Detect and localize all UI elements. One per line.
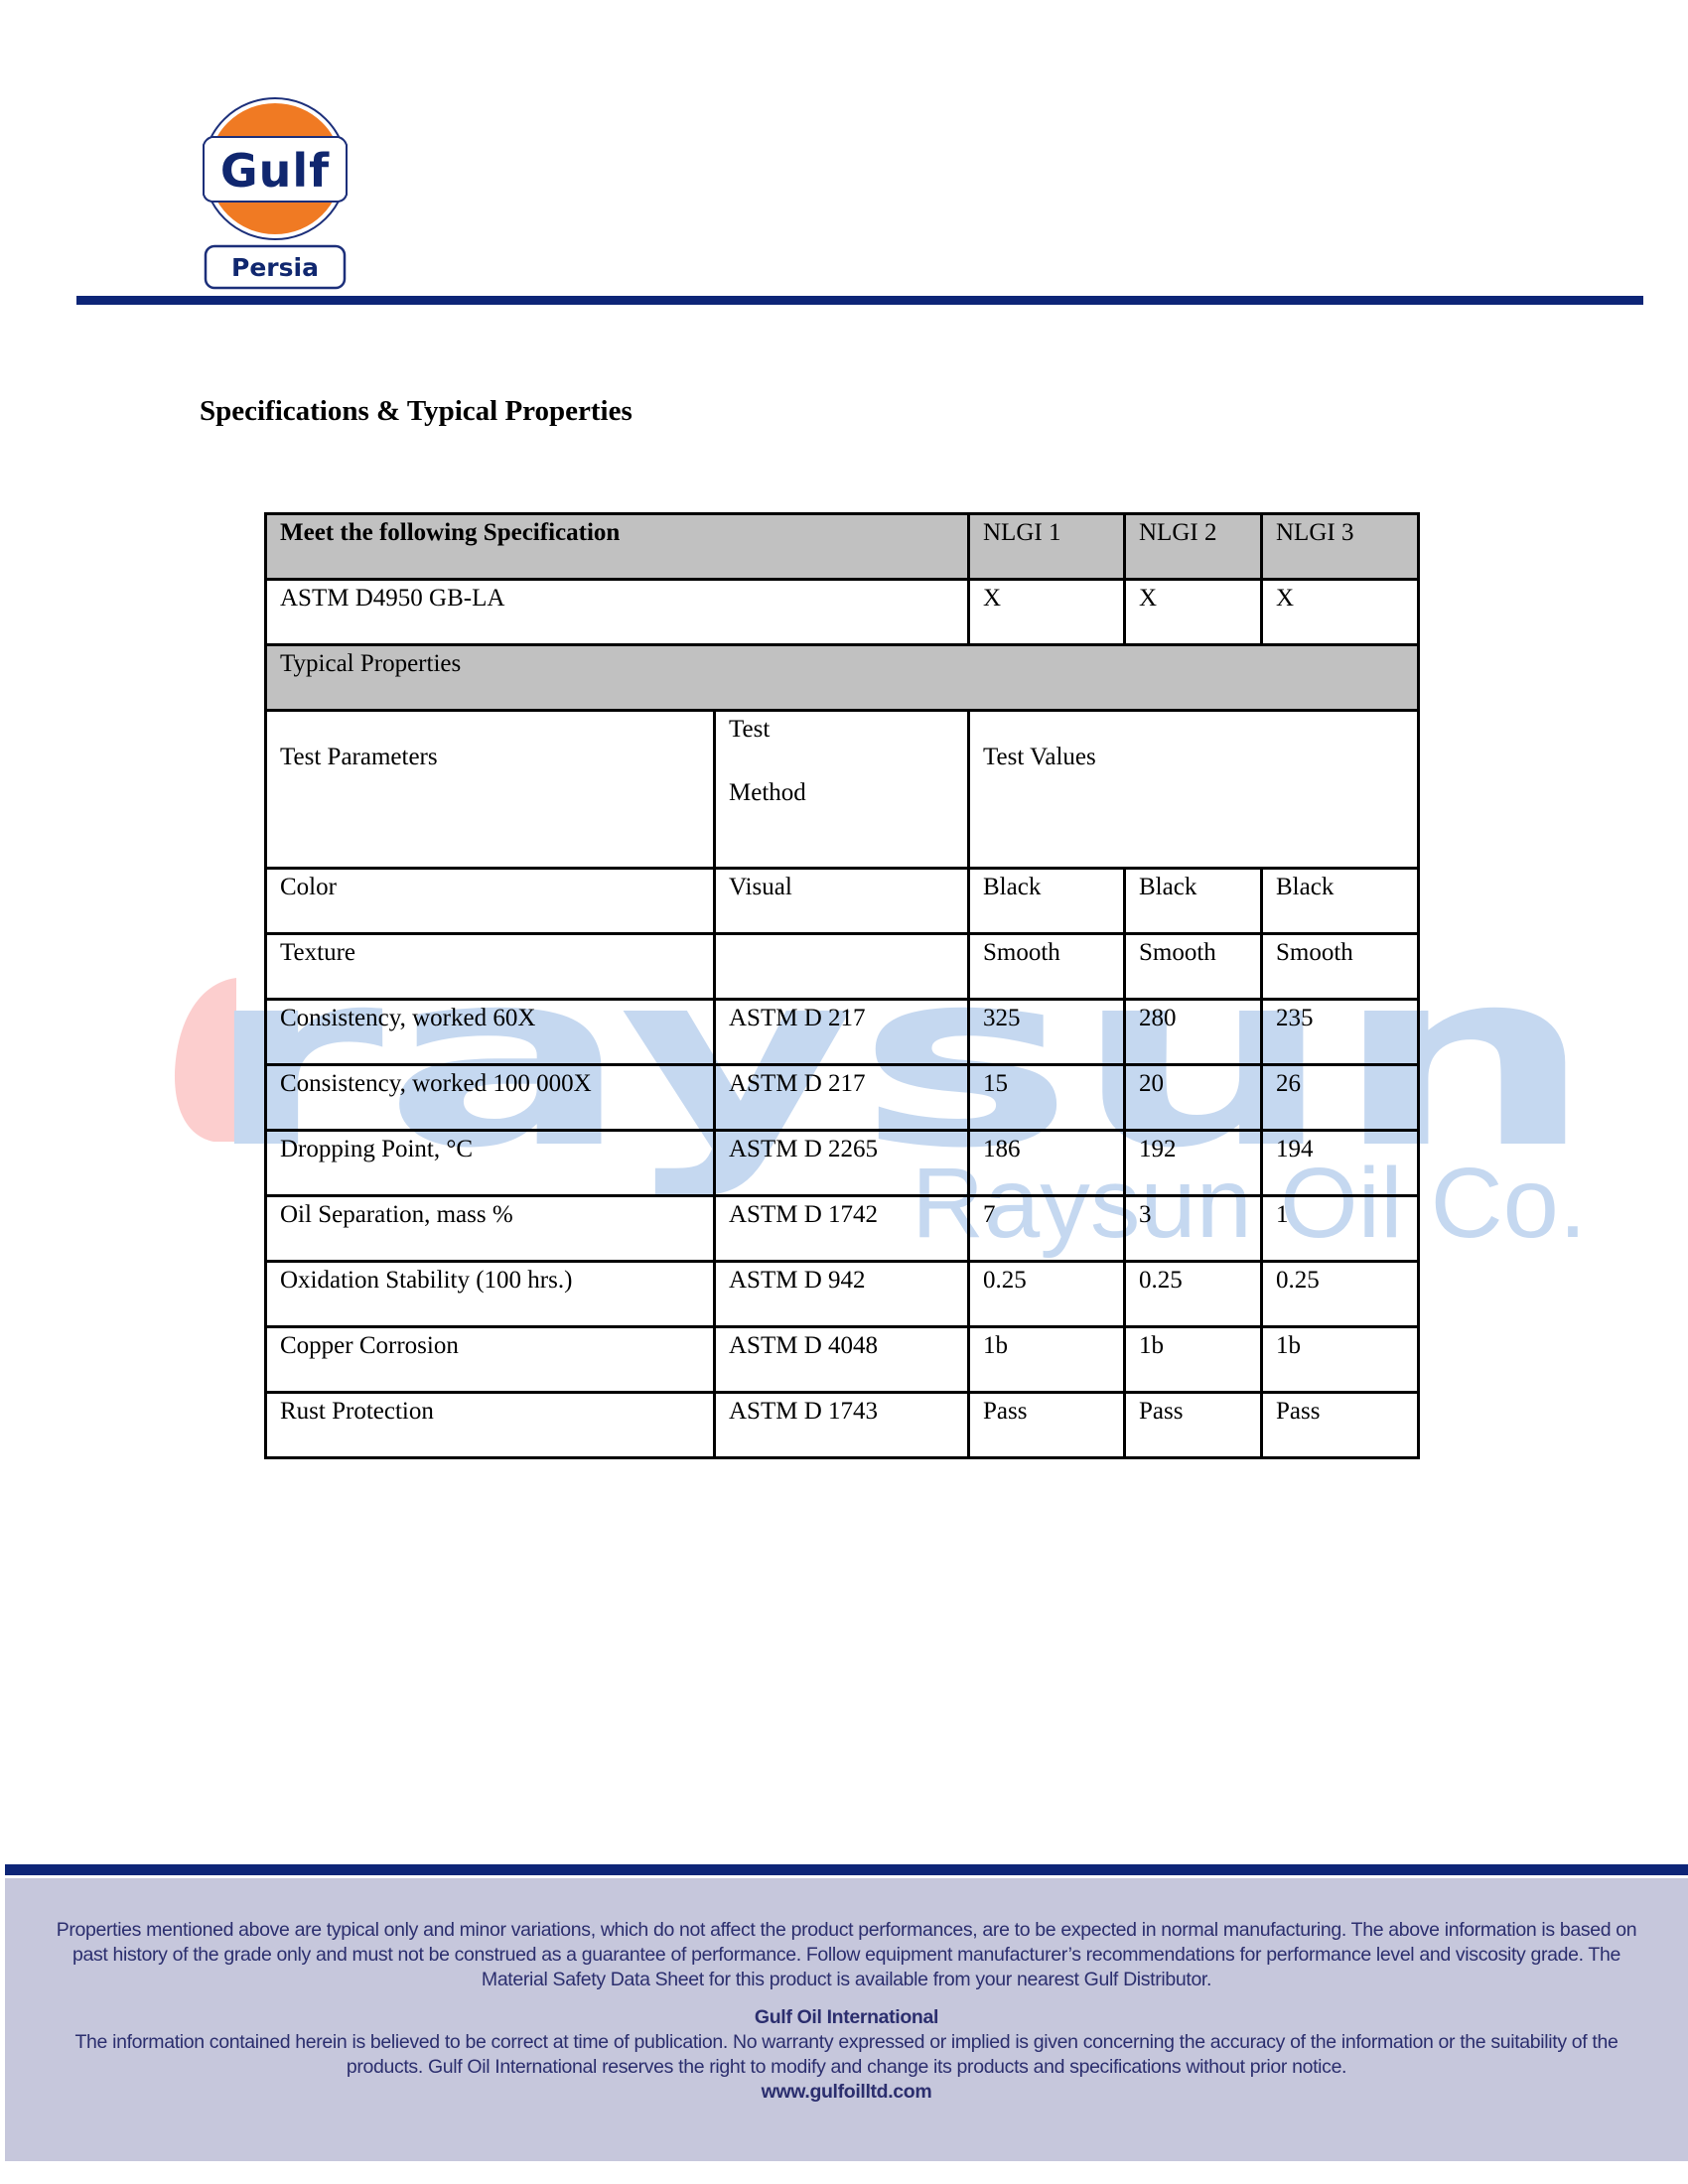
- property-method: ASTM D 217: [715, 1000, 969, 1065]
- logo-persia-text: Persia: [231, 253, 319, 282]
- test-method-header: Test Method: [715, 711, 969, 869]
- property-row: Copper CorrosionASTM D 40481b1b1b: [266, 1327, 1419, 1393]
- property-name: Copper Corrosion: [266, 1327, 715, 1393]
- property-value-nlgi2: 280: [1125, 1000, 1262, 1065]
- property-value-nlgi3: 1: [1262, 1196, 1419, 1262]
- page-title: Specifications & Typical Properties: [200, 395, 633, 428]
- footer-website-link[interactable]: www.gulfoilltd.com: [5, 2080, 1688, 2105]
- property-value-nlgi3: Pass: [1262, 1393, 1419, 1458]
- property-row: Consistency, worked 100 000XASTM D 21715…: [266, 1065, 1419, 1131]
- property-name: Oil Separation, mass %: [266, 1196, 715, 1262]
- property-value-nlgi3: 1b: [1262, 1327, 1419, 1393]
- grade-header: NLGI 2: [1125, 514, 1262, 580]
- spec-row: ASTM D4950 GB-LA X X X: [266, 580, 1419, 645]
- footer-notice: The information contained herein is beli…: [65, 2030, 1628, 2080]
- property-method: ASTM D 2265: [715, 1131, 969, 1196]
- test-parameters-header: Test Parameters: [266, 711, 715, 869]
- property-row: Consistency, worked 60XASTM D 2173252802…: [266, 1000, 1419, 1065]
- grade-header: NLGI 3: [1262, 514, 1419, 580]
- property-value-nlgi1: 325: [969, 1000, 1125, 1065]
- property-value-nlgi1: 0.25: [969, 1262, 1125, 1327]
- property-method: ASTM D 1743: [715, 1393, 969, 1458]
- property-value-nlgi3: 194: [1262, 1131, 1419, 1196]
- property-name: Consistency, worked 100 000X: [266, 1065, 715, 1131]
- test-method-header-line1: Test: [729, 716, 954, 744]
- property-value-nlgi1: 1b: [969, 1327, 1125, 1393]
- test-values-header: Test Values: [969, 711, 1419, 869]
- property-name: Consistency, worked 60X: [266, 1000, 715, 1065]
- property-name: Oxidation Stability (100 hrs.): [266, 1262, 715, 1327]
- typical-properties-row: Typical Properties: [266, 645, 1419, 711]
- specifications-table: Meet the following Specification NLGI 1 …: [264, 512, 1420, 1459]
- property-value-nlgi2: 192: [1125, 1131, 1262, 1196]
- column-header-row: Test Parameters Test Method Test Values: [266, 711, 1419, 869]
- property-value-nlgi1: Black: [969, 869, 1125, 934]
- header-rule: [76, 296, 1643, 305]
- property-value-nlgi1: 15: [969, 1065, 1125, 1131]
- property-value-nlgi2: Pass: [1125, 1393, 1262, 1458]
- spec-mark: X: [1262, 580, 1419, 645]
- footer: Properties mentioned above are typical o…: [5, 1878, 1688, 2161]
- spec-mark: X: [1125, 580, 1262, 645]
- property-value-nlgi2: Black: [1125, 869, 1262, 934]
- property-method: Visual: [715, 869, 969, 934]
- property-row: Oxidation Stability (100 hrs.)ASTM D 942…: [266, 1262, 1419, 1327]
- footer-rule: [5, 1864, 1688, 1875]
- property-value-nlgi3: Smooth: [1262, 934, 1419, 1000]
- property-row: ColorVisualBlackBlackBlack: [266, 869, 1419, 934]
- property-name: Color: [266, 869, 715, 934]
- property-value-nlgi3: Black: [1262, 869, 1419, 934]
- property-value-nlgi1: Pass: [969, 1393, 1125, 1458]
- grade-header: NLGI 1: [969, 514, 1125, 580]
- property-method: ASTM D 217: [715, 1065, 969, 1131]
- spec-mark: X: [969, 580, 1125, 645]
- property-name: Texture: [266, 934, 715, 1000]
- property-method: ASTM D 4048: [715, 1327, 969, 1393]
- test-method-header-line2: Method: [729, 779, 954, 807]
- property-method: ASTM D 1742: [715, 1196, 969, 1262]
- spec-header-row: Meet the following Specification NLGI 1 …: [266, 514, 1419, 580]
- property-value-nlgi3: 235: [1262, 1000, 1419, 1065]
- property-row: Oil Separation, mass %ASTM D 1742731: [266, 1196, 1419, 1262]
- property-row: Dropping Point, °CASTM D 2265186192194: [266, 1131, 1419, 1196]
- property-method: [715, 934, 969, 1000]
- property-value-nlgi1: 186: [969, 1131, 1125, 1196]
- gulf-persia-logo: Gulf Persia: [202, 97, 351, 291]
- property-value-nlgi1: Smooth: [969, 934, 1125, 1000]
- property-value-nlgi3: 26: [1262, 1065, 1419, 1131]
- spec-name: ASTM D4950 GB-LA: [266, 580, 969, 645]
- property-name: Rust Protection: [266, 1393, 715, 1458]
- property-value-nlgi2: Smooth: [1125, 934, 1262, 1000]
- property-value-nlgi2: 20: [1125, 1065, 1262, 1131]
- property-value-nlgi1: 7: [969, 1196, 1125, 1262]
- property-method: ASTM D 942: [715, 1262, 969, 1327]
- spec-header-label: Meet the following Specification: [266, 514, 969, 580]
- property-row: Rust ProtectionASTM D 1743PassPassPass: [266, 1393, 1419, 1458]
- property-name: Dropping Point, °C: [266, 1131, 715, 1196]
- footer-company: Gulf Oil International: [5, 2005, 1688, 2030]
- property-value-nlgi3: 0.25: [1262, 1262, 1419, 1327]
- watermark-red-swoosh-icon: [175, 978, 236, 1142]
- property-value-nlgi2: 0.25: [1125, 1262, 1262, 1327]
- property-value-nlgi2: 3: [1125, 1196, 1262, 1262]
- typical-properties-label: Typical Properties: [266, 645, 1419, 711]
- property-value-nlgi2: 1b: [1125, 1327, 1262, 1393]
- footer-disclaimer: Properties mentioned above are typical o…: [45, 1918, 1648, 1992]
- logo-gulf-text: Gulf: [220, 144, 330, 198]
- property-row: TextureSmoothSmoothSmooth: [266, 934, 1419, 1000]
